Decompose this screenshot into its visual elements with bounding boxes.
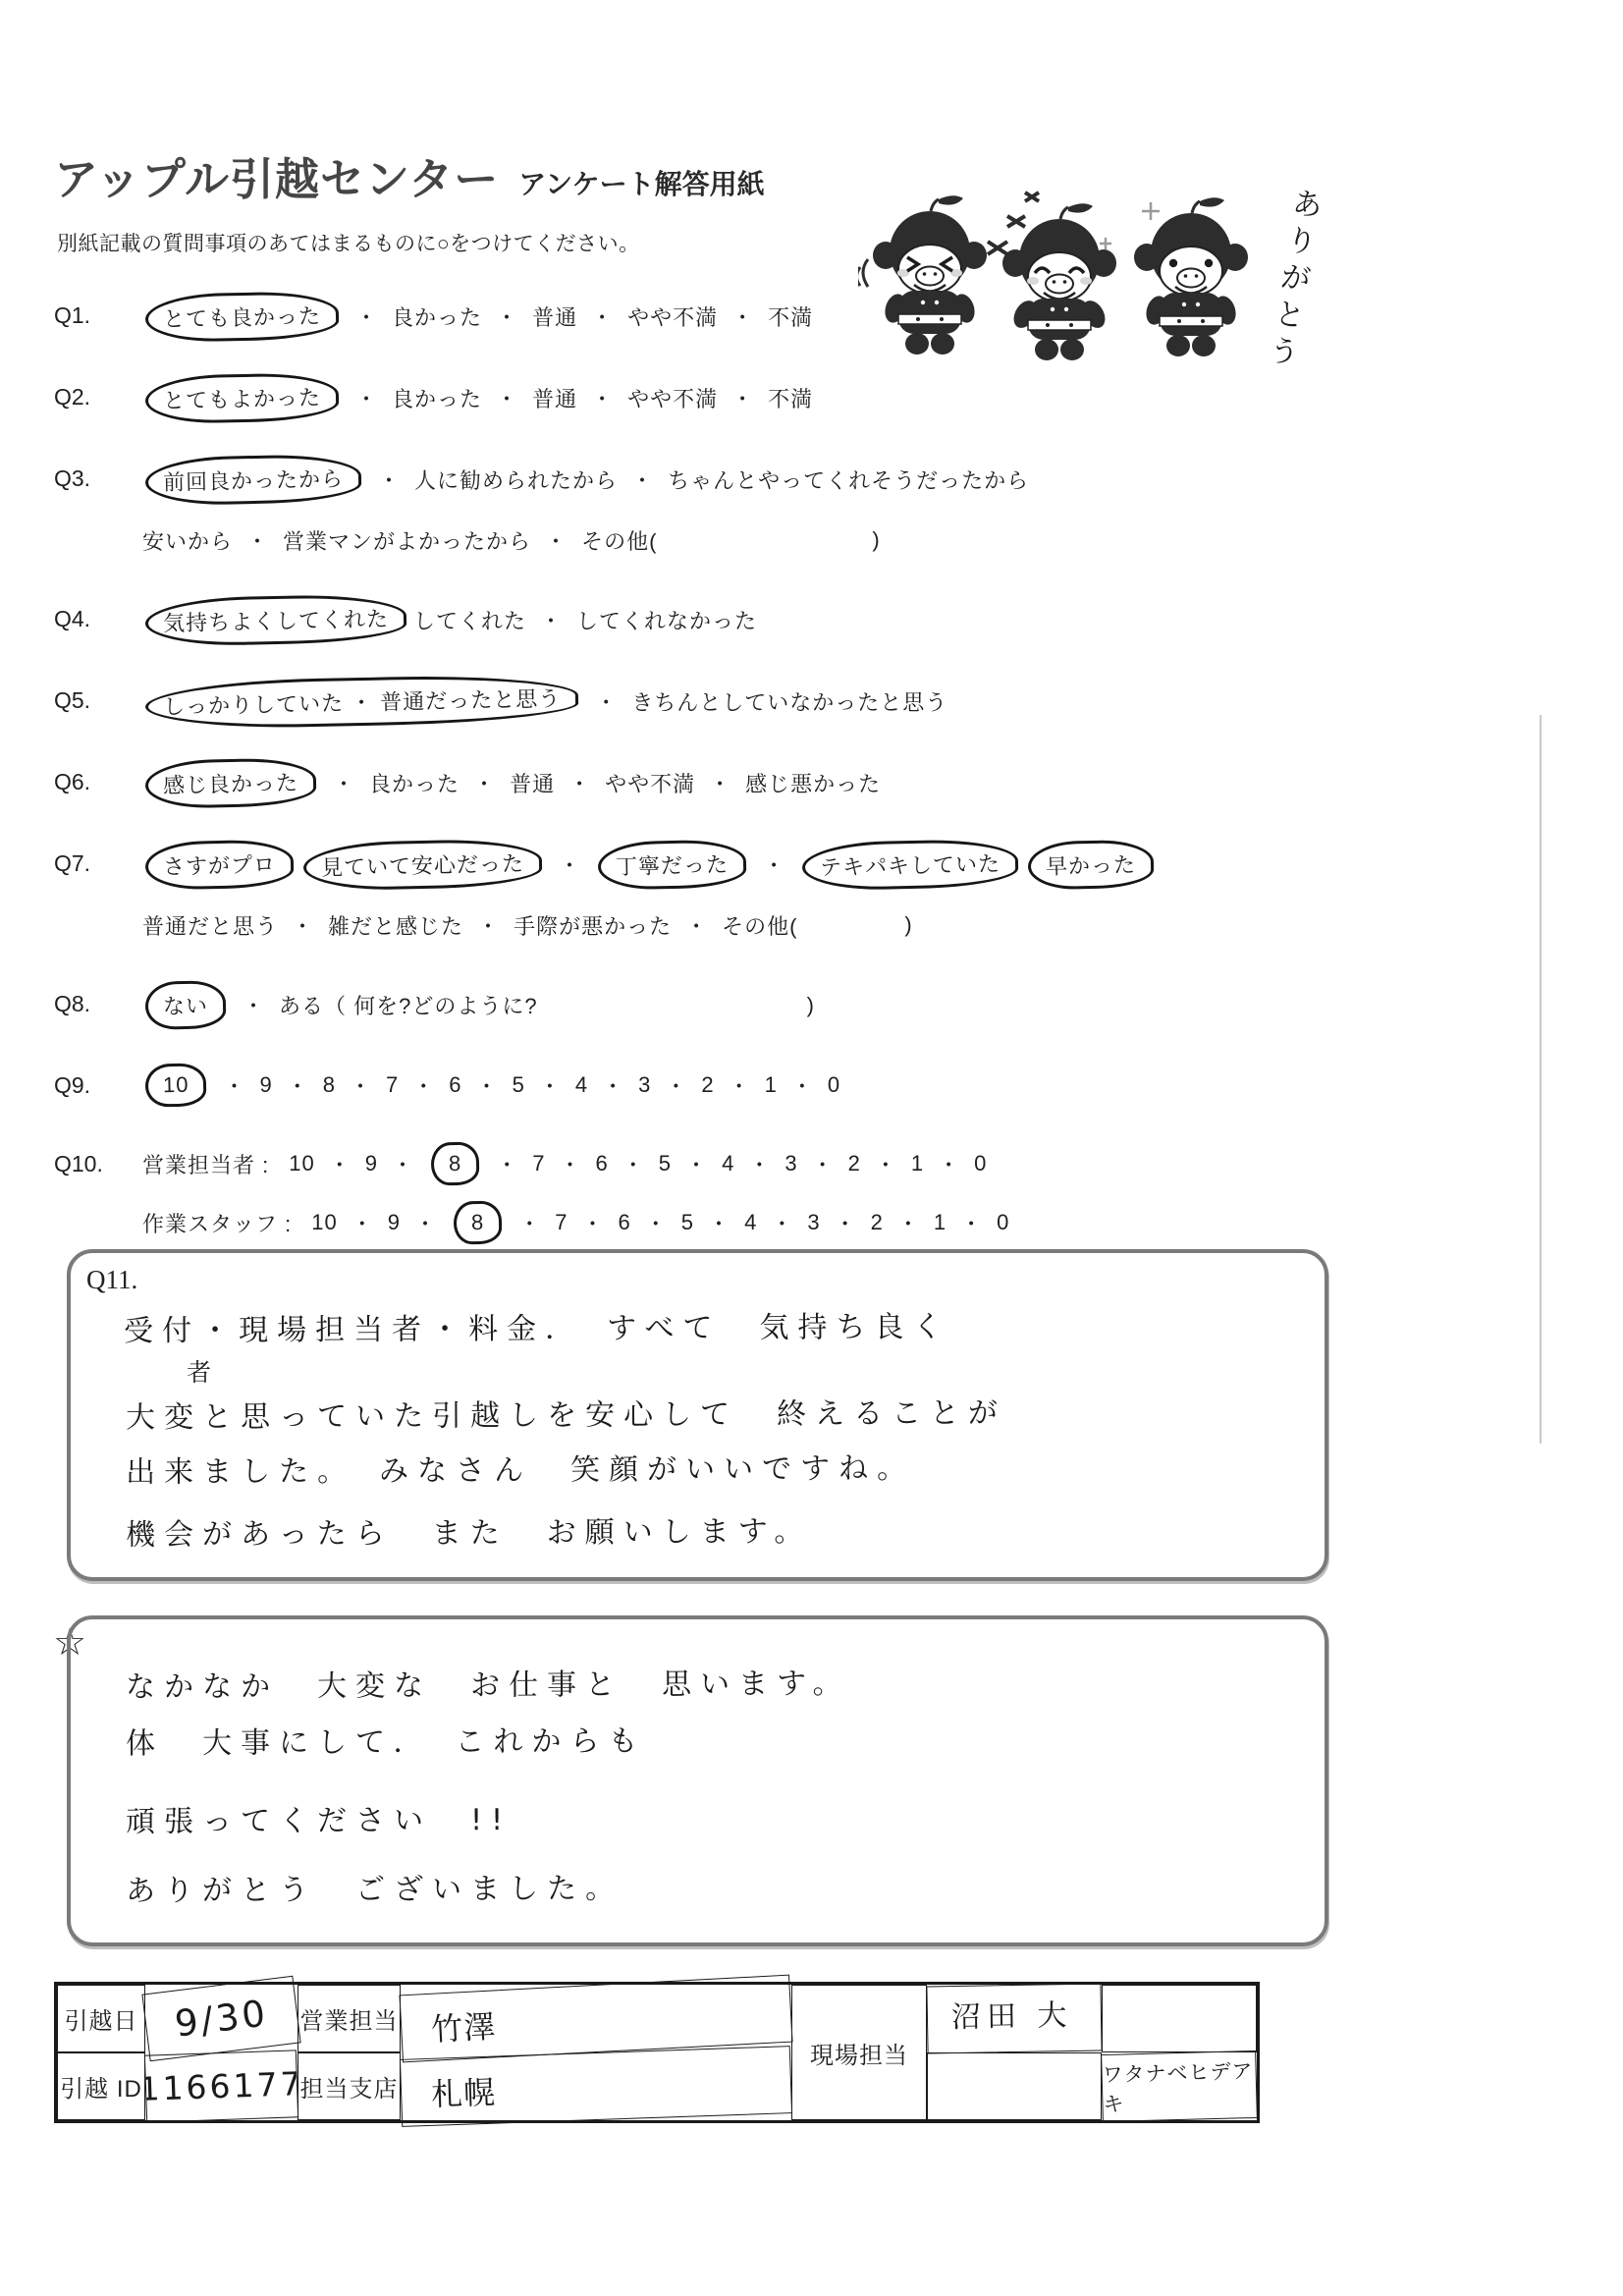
handwritten-line: ありがとう ございました。 [126,1864,623,1910]
form-title: アンケート解答用紙 [518,163,764,207]
question: Q2.とてもよかった・良かった・普通・やや不満・不満 [54,374,1271,422]
separator-dot: ・ [559,849,581,880]
option: 良かった [392,301,482,332]
separator-dot: ・ [243,990,265,1020]
separator-dot: ・ [763,849,785,880]
option: 9 [260,1072,273,1098]
question-label: Q8. [54,981,140,1026]
option: やや不満 [627,383,718,413]
option: 4 [575,1072,588,1098]
option-circled: 早かった [1028,840,1155,891]
question: Q4.気持ちよくしてくれたしてくれた・してくれなかった [54,596,1271,644]
separator-dot: ・ [355,301,378,332]
separator-dot: ・ [560,1149,582,1179]
option: 1 [934,1210,947,1235]
option: してくれなかった [576,605,757,635]
option-circled: しっかりしていた ・ 普通だったと思う [145,673,579,730]
question-label: Q10. [54,1141,140,1186]
question: Q3.前回良かったから・人に勧められたから・ちゃんとやってくれそうだったから安い… [54,456,1271,563]
option-circled: 感じ良かった [145,757,317,809]
separator-dot: ・ [591,301,614,332]
site-staff-label: 現場担当 [791,1985,927,2120]
separator-dot: ・ [412,1070,435,1101]
option: 8 [323,1072,336,1098]
option: 普通 [510,768,555,798]
separator-dot: ・ [333,768,355,798]
branch-label: 担当支店 [298,2052,401,2120]
separator-dot: ・ [352,1208,374,1238]
question-label: Q7. [54,841,140,886]
option: してくれた [413,605,526,635]
option: 手際が悪かった [514,910,672,941]
separator-dot: ・ [685,910,708,941]
separator-dot: ・ [473,768,496,798]
separator-dot: ・ [645,1208,668,1238]
separator-dot: ・ [287,1070,309,1101]
question-options-row: 前回良かったから・人に勧められたから・ちゃんとやってくれそうだったから [140,456,1271,504]
question-label: Q5. [54,678,140,723]
option: 6 [449,1072,461,1098]
sales-rep-label: 営業担当 [298,1985,401,2052]
question-label: Q9. [54,1063,140,1108]
separator-dot: ・ [622,1149,645,1179]
handwritten-line: 体 大事にして． これからも [126,1717,647,1763]
separator-dot: ・ [960,1208,983,1238]
option: 不満 [768,383,813,413]
option: 普通 [532,383,577,413]
question: Q1.とても良かった・良かった・普通・やや不満・不満 [54,293,1271,341]
option: きちんとしていなかったと思う [631,686,947,717]
handwritten-line: 頑張ってください !! [126,1795,512,1840]
move-id-value: 1166177 [144,2050,298,2122]
separator-dot: ・ [731,301,754,332]
separator-dot: ・ [392,1149,414,1179]
option-circled: ない [144,980,226,1030]
separator-dot: ・ [292,910,314,941]
separator-dot: ・ [477,910,500,941]
option: 4 [722,1151,734,1176]
move-id-label: 引越 ID [57,2052,145,2120]
q11-label: Q11. [86,1265,137,1295]
question-options-row: ない・ある（ 何を?どのように?) [140,981,1271,1029]
option: 0 [828,1072,840,1098]
option-circled: 10 [145,1063,207,1107]
option: ある（ 何を?どのように? [279,990,538,1020]
option: 5 [659,1151,672,1176]
question: Q7.さすがプロ見ていて安心だった・丁寧だった・テキパキしていた早かった普通だと… [54,841,1271,948]
separator-dot: ・ [540,605,563,635]
site-staff-value-2: ワタナベヒデアキ [1101,2050,1258,2122]
separator-dot: ・ [631,465,654,495]
handwritten-line: 出来ました。 みなさん 笑顔がいいですね。 [126,1444,915,1491]
option: 1 [765,1072,778,1098]
handwritten-line: 大変と思っていた引越しを安心して 終えることが [126,1389,1006,1437]
question-options-row: とても良かった・良かった・普通・やや不満・不満 [140,293,1271,341]
option: その他( [722,910,797,941]
option: 3 [638,1072,651,1098]
option: 営業マンがよかったから [283,525,531,556]
footer-table: 引越日 9/30 営業担当 竹澤 現場担当 沼田 大 引越 ID 1166177… [54,1982,1260,2123]
option: 9 [388,1210,401,1235]
separator-dot: ・ [378,465,401,495]
separator-dot: ・ [476,1070,499,1101]
branch-value: 札幌 [400,2046,792,2127]
option: 10 [311,1210,337,1235]
question: Q8.ない・ある（ 何を?どのように?) [54,981,1271,1029]
separator-dot: ・ [731,383,754,413]
separator-dot: ・ [582,1208,605,1238]
separator-dot: ・ [665,1070,687,1101]
brand-logo-text: アップル引越センター [54,143,499,207]
option: 1 [911,1151,924,1176]
separator-dot: ・ [545,525,568,556]
separator-dot: ・ [518,1208,541,1238]
separator-dot: ・ [875,1149,897,1179]
separator-dot: ・ [539,1070,562,1101]
separator-dot: ・ [223,1070,245,1101]
separator-dot: ・ [414,1208,437,1238]
option-circled: 8 [454,1200,503,1244]
separator-dot: ・ [791,1070,814,1101]
separator-dot: ・ [568,768,591,798]
option: 2 [848,1151,861,1176]
option: ちゃんとやってくれそうだったから [668,465,1029,495]
option: 3 [807,1210,820,1235]
question: Q9.10・9・8・7・6・5・4・3・2・1・0 [54,1063,1271,1108]
separator-dot: ・ [708,1208,730,1238]
option: 6 [596,1151,609,1176]
question-options-row: 安いから・営業マンがよかったから・その他() [140,518,1271,563]
option: 良かった [369,768,460,798]
separator-dot: ・ [350,1070,372,1101]
option-circled: 見ていて安心だった [303,838,543,891]
header: アップル引越センター アンケート解答用紙 [54,143,765,207]
question-options-row: 普通だと思う・雑だと感じた・手際が悪かった・その他() [140,902,1271,948]
separator-dot: ・ [729,1070,751,1101]
option: 3 [784,1151,797,1176]
sparkle-icon [1100,202,1160,249]
option: 7 [555,1210,568,1235]
question-label: Q4. [54,596,140,641]
move-date-value: 9/30 [141,1976,300,2061]
option: ) [904,912,912,938]
option: 7 [386,1072,399,1098]
question: Q5.しっかりしていた ・ 普通だったと思う・きちんとしていなかったと思う [54,678,1271,726]
motion-lines-icon [858,259,868,287]
move-date-label: 引越日 [57,1985,145,2052]
option: 10 [289,1151,314,1176]
question-options-row: とてもよかった・良かった・普通・やや不満・不満 [140,374,1271,422]
handwritten-insertion: 者 [187,1353,211,1389]
question-options-row: 10・9・8・7・6・5・4・3・2・1・0 [140,1063,1271,1108]
separator-dot: ・ [595,686,618,717]
separator-dot: ・ [602,1070,624,1101]
option: 感じ悪かった [745,768,881,798]
option: 5 [513,1072,525,1098]
separator-dot: ・ [748,1149,771,1179]
q11-box: Q11. 者 受付・現場担当者・料金． すべて 気持ち良く大変と思っていた引越し… [67,1249,1328,1581]
option: 安いから [142,525,233,556]
site-staff-value: 沼田 大 [926,1983,1102,2053]
separator-dot: ・ [685,1149,708,1179]
option: その他( [581,525,657,556]
option: 普通だと思う [142,910,278,941]
option-circled: テキパキしていた [802,839,1019,892]
question-options-row: 作業スタッフ :10・9・8・7・6・5・4・3・2・1・0 [140,1200,1271,1245]
empty-cell [1102,1985,1257,2052]
question-label: Q3. [54,456,140,501]
question: Q6.感じ良かった・良かった・普通・やや不満・感じ悪かった [54,759,1271,807]
option: 良かった [392,383,482,413]
option-circled: とても良かった [145,291,340,343]
separator-dot: ・ [329,1149,352,1179]
option: 作業スタッフ : [142,1208,292,1238]
separator-dot: ・ [591,383,614,413]
question-label: Q1. [54,293,140,338]
option: 雑だと感じた [328,910,463,941]
handwritten-line: 機会があったら また お願いします。 [126,1506,813,1554]
separator-dot: ・ [812,1149,835,1179]
separator-dot: ・ [835,1208,857,1238]
question-label: Q2. [54,374,140,419]
separator-dot: ・ [709,768,731,798]
survey-sheet: アップル引越センター アンケート解答用紙 別紙記載の質問事項のあてはまるものに○… [0,0,1623,2296]
option: 7 [532,1151,545,1176]
separator-dot: ・ [897,1208,920,1238]
option: 2 [701,1072,714,1098]
separator-dot: ・ [355,383,378,413]
option: 5 [681,1210,694,1235]
option: 営業担当者 : [142,1149,269,1179]
separator-dot: ・ [938,1149,960,1179]
question-options-row: 感じ良かった・良かった・普通・やや不満・感じ悪かった [140,759,1271,807]
option: 普通 [532,301,577,332]
option: 6 [619,1210,631,1235]
option: やや不満 [605,768,695,798]
option: やや不満 [627,301,718,332]
starred-box: なかなか 大変な お仕事と 思います。体 大事にして． これからも頑張ってくださ… [67,1615,1328,1946]
option: 2 [871,1210,884,1235]
question-options-row: 気持ちよくしてくれたしてくれた・してくれなかった [140,596,1271,644]
separator-dot: ・ [771,1208,793,1238]
option: 不満 [768,301,813,332]
question-options-row: しっかりしていた ・ 普通だったと思う・きちんとしていなかったと思う [140,678,1271,726]
option: ) [872,527,880,553]
empty-cell [927,2052,1102,2120]
question: Q10.営業担当者 :10・9・8・7・6・5・4・3・2・1・0作業スタッフ … [54,1141,1271,1245]
option-circled: 気持ちよくしてくれた [145,593,407,647]
option-circled: さすがプロ [145,839,295,890]
option: ) [807,993,815,1018]
option-circled: 8 [431,1141,480,1185]
questions: Q1.とても良かった・良かった・普通・やや不満・不満Q2.とてもよかった・良かっ… [54,293,1271,1245]
option: 人に勧められたから [414,465,618,495]
separator-dot: ・ [496,383,518,413]
separator-dot: ・ [246,525,269,556]
question-options-row: 営業担当者 :10・9・8・7・6・5・4・3・2・1・0 [140,1141,1271,1186]
question-label: Q6. [54,759,140,804]
option-circled: 丁寧だった [598,839,747,890]
option: 0 [974,1151,987,1176]
option: 0 [997,1210,1009,1235]
instruction-text: 別紙記載の質問事項のあてはまるものに○をつけてください。 [57,228,640,257]
question-options-row: さすがプロ見ていて安心だった・丁寧だった・テキパキしていた早かった [140,841,1271,889]
option: 4 [744,1210,757,1235]
option-circled: とてもよかった [145,372,340,424]
option: 9 [365,1151,378,1176]
handwritten-line: 受付・現場担当者・料金． すべて 気持ち良く [124,1302,951,1349]
handwritten-line: なかなか 大変な お仕事と 思います。 [126,1659,851,1706]
separator-dot: ・ [496,301,518,332]
paper-edge-line [1540,715,1542,1444]
option-circled: 前回良かったから [145,454,362,507]
separator-dot: ・ [496,1149,518,1179]
